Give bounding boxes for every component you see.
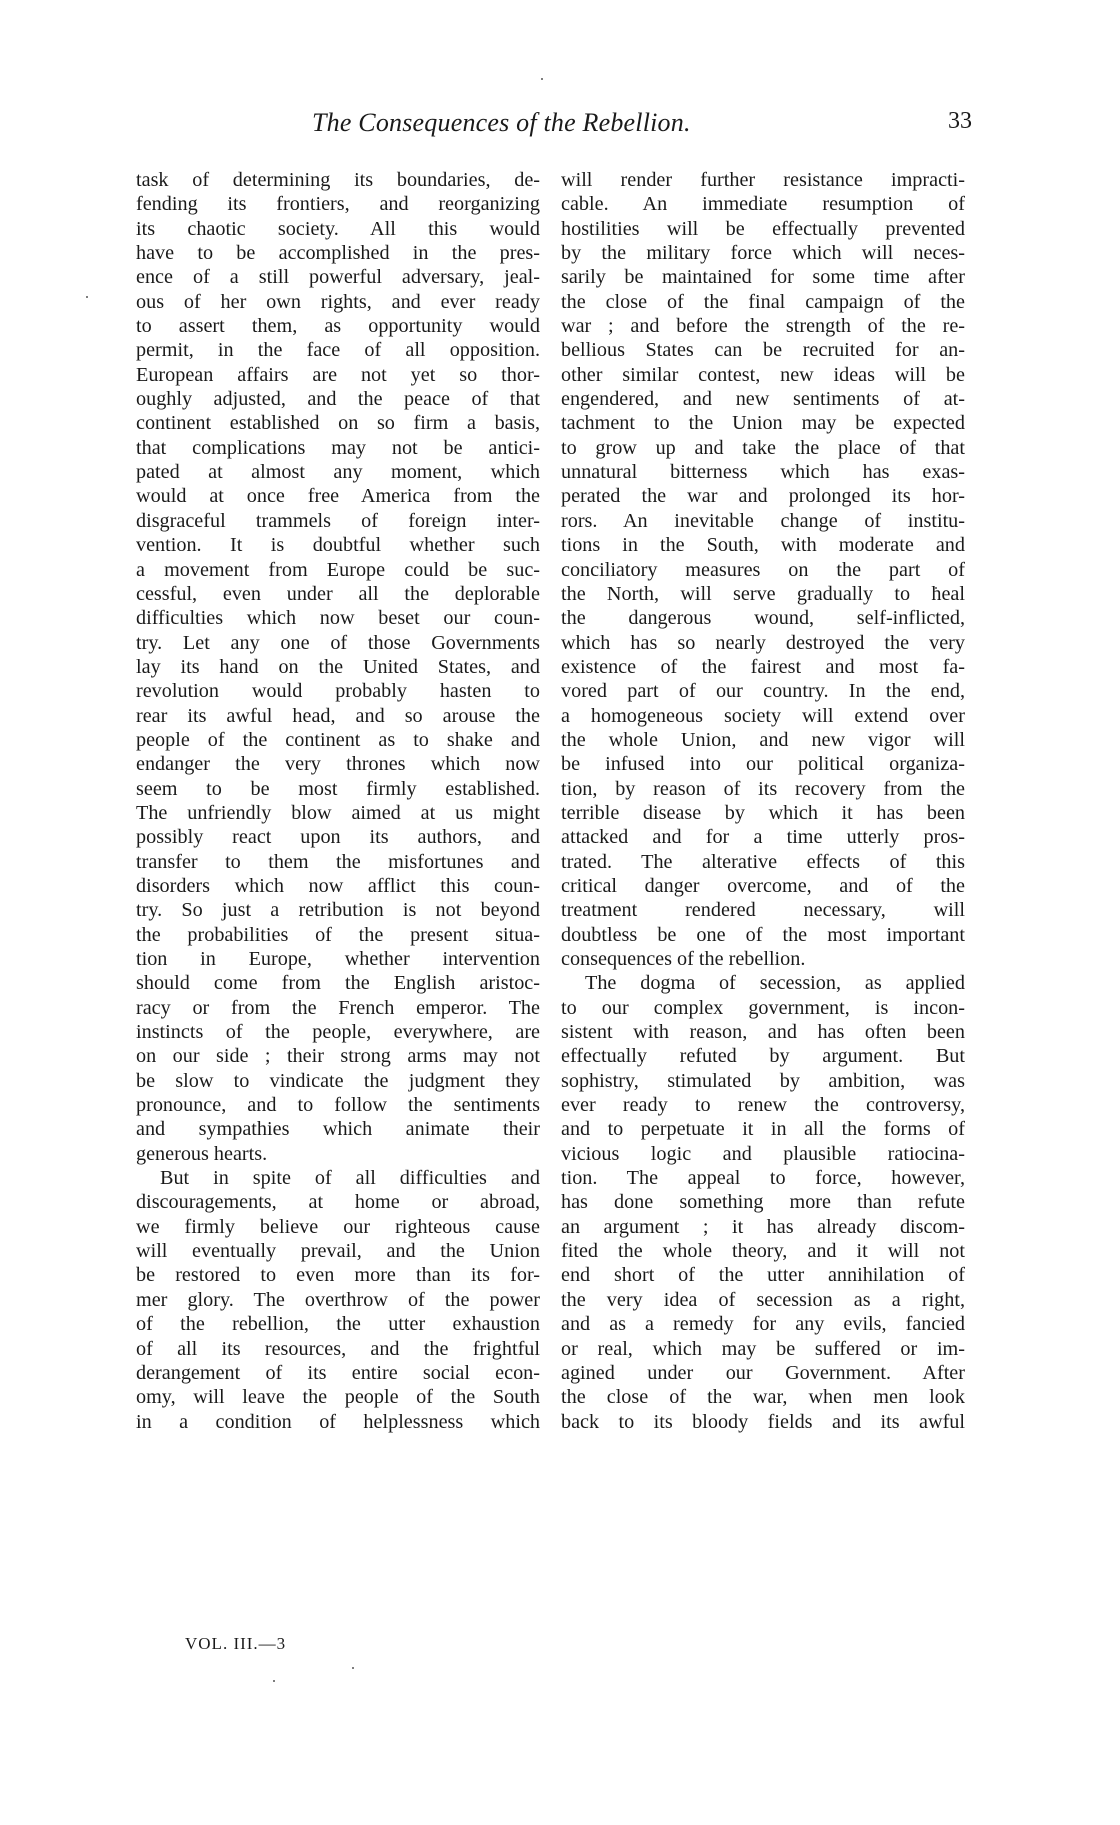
print-speck xyxy=(273,1680,275,1682)
text-line: ous of her own rights, and ever ready xyxy=(136,290,540,314)
text-line: would at once free America from the xyxy=(136,484,540,508)
text-line: to assert them, as opportunity would xyxy=(136,314,540,338)
text-line: critical danger overcome, and of the xyxy=(561,874,965,898)
text-line: attacked and for a time utterly pros- xyxy=(561,825,965,849)
text-line: European affairs are not yet so thor- xyxy=(136,363,540,387)
text-line: task of determining its boundaries, de- xyxy=(136,168,540,192)
text-line: of the rebellion, the utter exhaustion xyxy=(136,1312,540,1336)
text-line: which has so nearly destroyed the very xyxy=(561,631,965,655)
text-line: tions in the South, with moderate and xyxy=(561,533,965,557)
text-line: possibly react upon its authors, and xyxy=(136,825,540,849)
text-line: fending its frontiers, and reorganizing xyxy=(136,192,540,216)
text-line: difficulties which now beset our coun- xyxy=(136,606,540,630)
text-line: permit, in the face of all opposition. xyxy=(136,338,540,362)
text-line: tion, by reason of its recovery from the xyxy=(561,777,965,801)
text-line: agined under our Government. After xyxy=(561,1361,965,1385)
text-line: other similar contest, new ideas will be xyxy=(561,363,965,387)
text-line: treatment rendered necessary, will xyxy=(561,898,965,922)
text-line: the close of the final campaign of the xyxy=(561,290,965,314)
text-line: and to perpetuate it in all the forms of xyxy=(561,1117,965,1141)
text-line: generous hearts. xyxy=(136,1142,540,1166)
text-line: existence of the fairest and most fa- xyxy=(561,655,965,679)
text-line: omy, will leave the people of the South xyxy=(136,1385,540,1409)
print-speck xyxy=(541,78,543,80)
text-line: or real, which may be suffered or im- xyxy=(561,1337,965,1361)
text-line: sophistry, stimulated by ambition, was xyxy=(561,1069,965,1093)
text-line: continent established on so firm a basis… xyxy=(136,411,540,435)
text-line: The dogma of secession, as applied xyxy=(561,971,965,995)
text-line: disgraceful trammels of foreign inter- xyxy=(136,509,540,533)
text-line: instincts of the people, everywhere, are xyxy=(136,1020,540,1044)
text-line: have to be accomplished in the pres- xyxy=(136,241,540,265)
text-line: unnatural bitterness which has exas- xyxy=(561,460,965,484)
text-line: disorders which now afflict this coun- xyxy=(136,874,540,898)
text-line: terrible disease by which it has been xyxy=(561,801,965,825)
text-line: people of the continent as to shake and xyxy=(136,728,540,752)
text-line: mer glory. The overthrow of the power xyxy=(136,1288,540,1312)
text-line: But in spite of all difficulties and xyxy=(136,1166,540,1190)
text-line: cessful, even under all the deplorable xyxy=(136,582,540,606)
text-line: a movement from Europe could be suc- xyxy=(136,558,540,582)
text-line: be restored to even more than its for- xyxy=(136,1263,540,1287)
text-line: in a condition of helplessness which xyxy=(136,1410,540,1434)
text-line: revolution would probably hasten to xyxy=(136,679,540,703)
text-line: that complications may not be antici- xyxy=(136,436,540,460)
text-line: the very idea of secession as a right, xyxy=(561,1288,965,1312)
text-line: to grow up and take the place of that xyxy=(561,436,965,460)
running-title: The Consequences of the Rebellion. xyxy=(312,108,691,138)
print-speck xyxy=(352,1667,354,1669)
text-line: end short of the utter annihilation of xyxy=(561,1263,965,1287)
text-line: of all its resources, and the frightful xyxy=(136,1337,540,1361)
text-line: war ; and before the strength of the re- xyxy=(561,314,965,338)
text-line: its chaotic society. All this would xyxy=(136,217,540,241)
text-line: conciliatory measures on the part of xyxy=(561,558,965,582)
text-line: the close of the war, when men look xyxy=(561,1385,965,1409)
text-line: lay its hand on the United States, and xyxy=(136,655,540,679)
text-line: try. Let any one of those Governments xyxy=(136,631,540,655)
text-line: should come from the English aristoc- xyxy=(136,971,540,995)
text-line: effectually refuted by argument. But xyxy=(561,1044,965,1068)
left-column: task of determining its boundaries, de-f… xyxy=(136,168,540,1434)
right-column: will render further resistance impracti-… xyxy=(561,168,965,1434)
text-line: rear its awful head, and so arouse the xyxy=(136,704,540,728)
text-line: will render further resistance impracti- xyxy=(561,168,965,192)
text-line: discouragements, at home or abroad, xyxy=(136,1190,540,1214)
text-line: on our side ; their strong arms may not xyxy=(136,1044,540,1068)
text-line: vicious logic and plausible ratiocina- xyxy=(561,1142,965,1166)
text-line: try. So just a retribution is not beyond xyxy=(136,898,540,922)
text-line: and sympathies which animate their xyxy=(136,1117,540,1141)
text-line: derangement of its entire social econ- xyxy=(136,1361,540,1385)
text-line: pronounce, and to follow the sentiments xyxy=(136,1093,540,1117)
text-line: ever ready to renew the controversy, xyxy=(561,1093,965,1117)
text-line: doubtless be one of the most important xyxy=(561,923,965,947)
text-line: vored part of our country. In the end, xyxy=(561,679,965,703)
text-line: sistent with reason, and has often been xyxy=(561,1020,965,1044)
text-line: bellious States can be recruited for an- xyxy=(561,338,965,362)
text-line: and as a remedy for any evils, fancied xyxy=(561,1312,965,1336)
text-line: cable. An immediate resumption of xyxy=(561,192,965,216)
text-line: will eventually prevail, and the Union xyxy=(136,1239,540,1263)
text-line: the North, will serve gradually to heal xyxy=(561,582,965,606)
text-line: ence of a still powerful adversary, jeal… xyxy=(136,265,540,289)
text-line: an argument ; it has already discom- xyxy=(561,1215,965,1239)
text-line: perated the war and prolonged its hor- xyxy=(561,484,965,508)
text-line: be infused into our political organiza- xyxy=(561,752,965,776)
text-line: the dangerous wound, self-inflicted, xyxy=(561,606,965,630)
text-line: trated. The alterative effects of this xyxy=(561,850,965,874)
running-header: The Consequences of the Rebellion. 33 xyxy=(0,108,1120,144)
text-line: endanger the very thrones which now xyxy=(136,752,540,776)
text-line: tion in Europe, whether intervention xyxy=(136,947,540,971)
text-line: the whole Union, and new vigor will xyxy=(561,728,965,752)
text-line: fited the whole theory, and it will not xyxy=(561,1239,965,1263)
text-line: seem to be most firmly established. xyxy=(136,777,540,801)
print-speck xyxy=(935,587,937,589)
text-line: hostilities will be effectually prevente… xyxy=(561,217,965,241)
text-line: pated at almost any moment, which xyxy=(136,460,540,484)
text-line: be slow to vindicate the judgment they xyxy=(136,1069,540,1093)
text-line: sarily be maintained for some time after xyxy=(561,265,965,289)
text-line: to our complex government, is incon- xyxy=(561,996,965,1020)
text-line: vention. It is doubtful whether such xyxy=(136,533,540,557)
text-line: we firmly believe our righteous cause xyxy=(136,1215,540,1239)
text-line: the probabilities of the present situa- xyxy=(136,923,540,947)
text-line: consequences of the rebellion. xyxy=(561,947,965,971)
text-line: transfer to them the misfortunes and xyxy=(136,850,540,874)
text-line: by the military force which will neces- xyxy=(561,241,965,265)
text-line: back to its bloody fields and its awful xyxy=(561,1410,965,1434)
signature-mark: VOL. III.—3 xyxy=(185,1634,286,1654)
print-speck xyxy=(86,296,88,298)
text-line: engendered, and new sentiments of at- xyxy=(561,387,965,411)
text-line: The unfriendly blow aimed at us might xyxy=(136,801,540,825)
text-line: a homogeneous society will extend over xyxy=(561,704,965,728)
text-line: oughly adjusted, and the peace of that xyxy=(136,387,540,411)
text-line: rors. An inevitable change of institu- xyxy=(561,509,965,533)
text-line: tion. The appeal to force, however, xyxy=(561,1166,965,1190)
page-number: 33 xyxy=(948,108,972,135)
text-line: racy or from the French emperor. The xyxy=(136,996,540,1020)
text-line: has done something more than refute xyxy=(561,1190,965,1214)
text-line: tachment to the Union may be expected xyxy=(561,411,965,435)
